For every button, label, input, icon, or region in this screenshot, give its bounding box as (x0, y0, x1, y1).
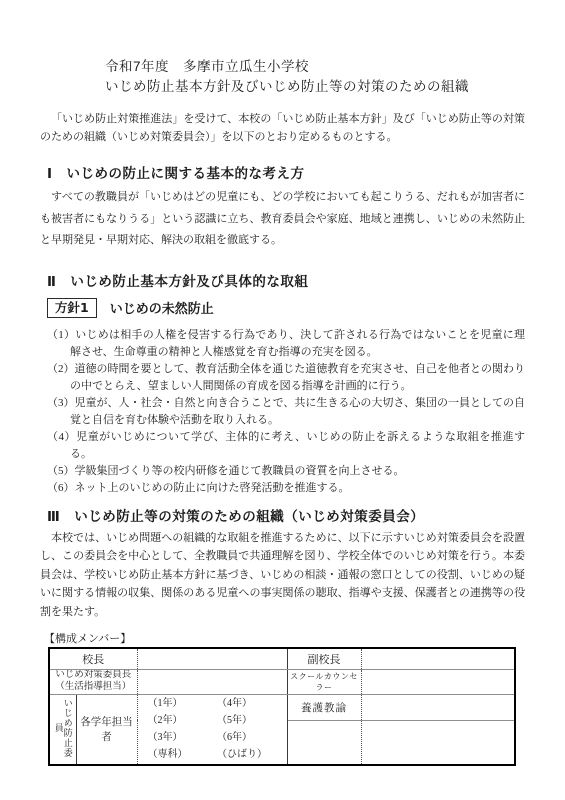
policy-item-1: （1）いじめは相手の人権を侵害する行為であり、決して許される行為ではないことを児… (47, 327, 525, 361)
grade-column-right: （4年） （5年） （6年） （ひばり） (217, 695, 287, 763)
principal-name-cell (137, 648, 287, 669)
committee-vertical-label-cell: いじめ防止委員 (49, 694, 76, 765)
section1-body: すべての教職員が「いじめはどの児童にも、どの学校においても起こりうる、だれもが加… (40, 187, 525, 252)
table-row-chair: いじめ対策委員長 （生活指導担当） スクールカウンセラー (49, 669, 515, 694)
document-page: 令和7年度 多摩市立瓜生小学校 いじめ防止基本方針及びいじめ防止等の対策のための… (0, 0, 565, 800)
grade-label: （5年） (217, 712, 287, 729)
section3-body: 本校では、いじめ問題への組織的な取組を推進するために、以下に示すいじめ対策委員会… (40, 529, 525, 622)
nurse-name-cell (361, 694, 515, 720)
committee-vertical-label: いじめ防止委員 (54, 695, 72, 761)
section3-heading: Ⅲ いじめ防止等の対策のための組織（いじめ対策委員会） (47, 508, 525, 526)
extra-name-cell (361, 720, 515, 765)
principal-label-cell: 校長 (49, 648, 137, 669)
grade-label: （ひばり） (217, 746, 287, 763)
grade-label: （4年） (217, 695, 287, 712)
extra-label-cell (287, 720, 361, 765)
grade-column-left: （1年） （2年） （3年） （専科） (148, 695, 218, 763)
chair-label-line-1: いじめ対策委員長 (50, 670, 137, 682)
chair-label-line-2: （生活指導担当） (50, 682, 137, 694)
grade-list-cell: （1年） （2年） （3年） （専科） （4年） （5年） （6年） （ひばり） (137, 694, 287, 765)
chair-label-cell: いじめ対策委員長 （生活指導担当） (49, 669, 137, 694)
vice-principal-label-cell: 副校長 (287, 648, 361, 669)
policy-item-2: （2）道徳の時間を要として、教育活動全体を通じた道徳教育を充実させ、自己を他者と… (47, 361, 525, 395)
members-heading: 【構成メンバー】 (44, 632, 525, 646)
title-line-1: 令和7年度 多摩市立瓜生小学校 (105, 57, 525, 77)
counselor-name-cell (361, 669, 515, 694)
grade-list: （1年） （2年） （3年） （専科） （4年） （5年） （6年） （ひばり） (138, 695, 287, 763)
section2-heading: Ⅱ いじめ防止基本方針及び具体的な取組 (47, 272, 525, 292)
title-line-2: いじめ防止基本方針及びいじめ防止等の対策のための組織 (105, 77, 525, 97)
grade-label: （1年） (148, 695, 218, 712)
policy-item-3: （3）児童が、人・社会・自然と向き合うことで、共に生きる心の大切さ、集団の一員と… (47, 395, 525, 429)
policy-box-label: 方針1 (47, 298, 97, 318)
section1-heading: Ⅰ いじめの防止に関する基本的な考え方 (47, 164, 525, 184)
nurse-label-cell: 養護教諭 (287, 694, 361, 720)
grade-label: （3年） (148, 729, 218, 746)
policy-item-5: （5）学級集団づくり等の校内研修を通じて教職員の資質を向上させる。 (47, 463, 525, 480)
policy-item-list: （1）いじめは相手の人権を侵害する行為であり、決して許される行為ではないことを児… (47, 327, 525, 497)
grade-reps-label-cell: 各学年担当者 (76, 694, 137, 765)
grade-label: （専科） (148, 746, 218, 763)
policy-title: いじめの未然防止 (110, 298, 214, 317)
vice-principal-name-cell (361, 648, 515, 669)
policy-item-6: （6）ネット上のいじめの防止に向けた啓発活動を推進する。 (47, 480, 525, 497)
policy-item-4: （4）児童がいじめについて学び、主体的に考え、いじめの防止を訴えるような取組を推… (47, 429, 525, 463)
chair-name-cell (137, 669, 287, 694)
intro-paragraph: 「いじめ防止対策推進法」を受けて、本校の「いじめ防止基本方針」及び「いじめ防止等… (40, 111, 525, 146)
committee-members-table: 校長 副校長 いじめ対策委員長 （生活指導担当） スクールカウンセラー いじめ防… (48, 647, 516, 766)
document-title: 令和7年度 多摩市立瓜生小学校 いじめ防止基本方針及びいじめ防止等の対策のための… (105, 57, 525, 97)
table-row-principal: 校長 副校長 (49, 648, 515, 669)
policy-row: 方針1 いじめの未然防止 (47, 298, 525, 318)
grade-label: （2年） (148, 712, 218, 729)
counselor-label-cell: スクールカウンセラー (287, 669, 361, 694)
table-row-committee-top: いじめ防止委員 各学年担当者 （1年） （2年） （3年） （専科） （4年） … (49, 694, 515, 720)
grade-label: （6年） (217, 729, 287, 746)
